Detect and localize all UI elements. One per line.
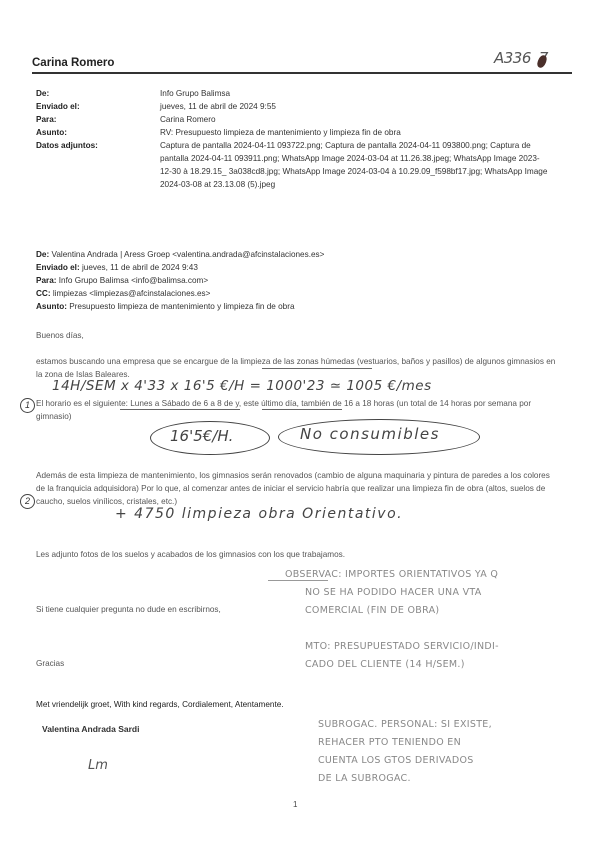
meta-label: Enviado el: <box>36 100 160 113</box>
meta-value: Info Grupo Balimsa <box>160 87 550 100</box>
fwd-cc-label: CC: <box>36 289 51 298</box>
fwd-to-label: Para: <box>36 276 56 285</box>
handwritten-rate: 16'5€/H. <box>170 427 233 445</box>
recipient-name-header: Carina Romero <box>32 57 114 69</box>
handwritten-calculation: 14H/SEM x 4'33 x 16'5 €/H = 1000'23 ≃ 10… <box>52 378 432 394</box>
note-line: SUBROGAC. PERSONAL: SI EXISTE, <box>318 716 492 734</box>
meta-row-sent: Enviado el: jueves, 11 de abril de 2024 … <box>36 100 550 113</box>
reference-code-number: A336 <box>494 49 531 67</box>
meta-label: Asunto: <box>36 126 160 139</box>
fwd-cc-value: limpiezas <limpiezas@afcinstalaciones.es… <box>53 289 211 298</box>
fwd-cc-row: CC: limpiezas <limpiezas@afcinstalacione… <box>36 287 324 300</box>
handwritten-end-of-work-estimate: + 4750 limpieza obra Orientativo. <box>115 506 403 522</box>
fwd-to-row: Para: Info Grupo Balimsa <info@balimsa.c… <box>36 274 324 287</box>
handwritten-underline <box>268 580 328 581</box>
body-paragraph-2: El horario es el siguiente: Lunes a Sába… <box>36 397 556 423</box>
meta-value: Carina Romero <box>160 113 550 126</box>
outer-email-metadata: De: Info Grupo Balimsa Enviado el: jueve… <box>36 87 550 191</box>
meta-label: Para: <box>36 113 160 126</box>
body-paragraph-5: Si tiene cualquier pregunta no dude en e… <box>36 603 556 616</box>
meta-row-to: Para: Carina Romero <box>36 113 550 126</box>
header-divider <box>32 72 572 74</box>
fwd-from-value: Valentina Andrada | Aress Groep <valenti… <box>51 250 324 259</box>
note-line: MTO: PRESUPUESTADO SERVICIO/INDI- <box>305 638 499 656</box>
meta-label: Datos adjuntos: <box>36 139 160 191</box>
greeting: Buenos días, <box>36 329 556 342</box>
thanks: Gracias <box>36 657 556 670</box>
meta-value: RV: Presupuesto limpieza de mantenimient… <box>160 126 550 139</box>
fwd-sent-label: Enviado el: <box>36 263 80 272</box>
note-line: DE LA SUBROGAC. <box>318 770 492 788</box>
meta-row-from: De: Info Grupo Balimsa <box>36 87 550 100</box>
closing-line: Met vriendelijk groet, With kind regards… <box>36 698 556 711</box>
handwritten-underline <box>262 409 342 410</box>
handwritten-underline <box>120 409 240 410</box>
handwritten-subrogation-note: SUBROGAC. PERSONAL: SI EXISTE, REHACER P… <box>318 716 492 788</box>
meta-row-subject: Asunto: RV: Presupuesto limpieza de mant… <box>36 126 550 139</box>
fwd-subject-label: Asunto: <box>36 302 67 311</box>
note-line: CUENTA LOS GTOS DERIVADOS <box>318 752 492 770</box>
meta-label: De: <box>36 87 160 100</box>
fwd-sent-value: jueves, 11 de abril de 2024 9:43 <box>82 263 198 272</box>
note-line: REHACER PTO TENIENDO EN <box>318 734 492 752</box>
page-number: 1 <box>293 800 297 809</box>
handwritten-initials: Lm <box>88 758 108 773</box>
signature-name: Valentina Andrada Sardi <box>42 724 139 734</box>
handwritten-marker-1: 1 <box>20 398 35 413</box>
body-paragraph-3: Además de esta limpieza de mantenimiento… <box>36 469 556 508</box>
fwd-subject-row: Asunto: Presupuesto limpieza de mantenim… <box>36 300 324 313</box>
fwd-from-row: De: Valentina Andrada | Aress Groep <val… <box>36 248 324 261</box>
forwarded-email-header: De: Valentina Andrada | Aress Groep <val… <box>36 248 324 313</box>
note-line: OBSERVAC: IMPORTES ORIENTATIVOS YA Q <box>285 566 498 584</box>
note-line: NO SE HA PODIDO HACER UNA VTA <box>305 584 498 602</box>
attachment-list: Captura de pantalla 2024-04-11 093722.pn… <box>160 139 550 191</box>
handwritten-no-consumables: No consumibles <box>300 425 440 443</box>
handwritten-underline <box>262 368 372 369</box>
meta-row-attachments: Datos adjuntos: Captura de pantalla 2024… <box>36 139 550 191</box>
fwd-to-value: Info Grupo Balimsa <info@balimsa.com> <box>59 276 208 285</box>
fwd-subject-value: Presupuesto limpieza de mantenimiento y … <box>69 302 294 311</box>
fwd-from-label: De: <box>36 250 49 259</box>
body-paragraph-4: Les adjunto fotos de los suelos y acabad… <box>36 548 556 561</box>
fwd-sent-row: Enviado el: jueves, 11 de abril de 2024 … <box>36 261 324 274</box>
meta-value: jueves, 11 de abril de 2024 9:55 <box>160 100 550 113</box>
handwritten-marker-2: 2 <box>20 494 35 509</box>
